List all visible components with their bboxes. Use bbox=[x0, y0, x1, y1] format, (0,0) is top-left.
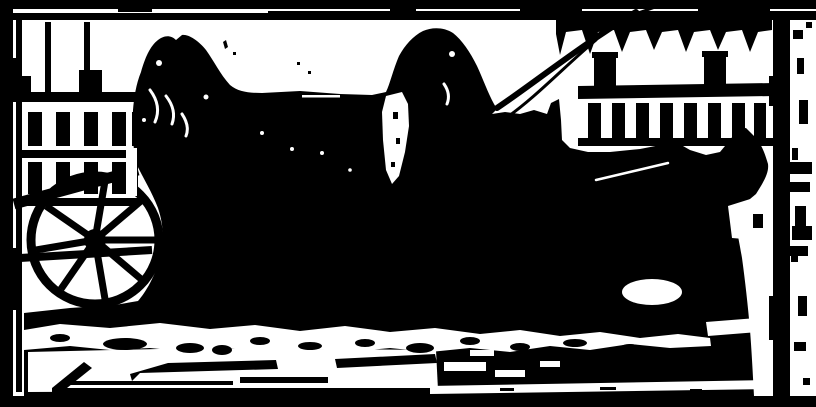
chimney bbox=[594, 56, 616, 86]
sky-speck bbox=[308, 71, 311, 74]
window bbox=[56, 112, 70, 146]
coach-front-highlight bbox=[126, 148, 137, 196]
window bbox=[28, 112, 42, 146]
coachman-face-highlight bbox=[156, 60, 162, 66]
engraving-illustration: A dark closed carriage drawn by a horse … bbox=[0, 0, 816, 407]
roof-highlight bbox=[274, 88, 340, 91]
lamp-post bbox=[84, 22, 90, 74]
wheel-hub bbox=[84, 229, 106, 251]
engraving-canvas: A dark closed carriage drawn by a horse … bbox=[0, 0, 816, 407]
window bbox=[112, 112, 126, 146]
chimney bbox=[704, 55, 726, 85]
footman-face-highlight bbox=[449, 51, 455, 57]
sky-speck bbox=[233, 52, 236, 55]
window bbox=[28, 162, 42, 194]
sky-speck bbox=[297, 62, 300, 65]
window bbox=[84, 112, 98, 146]
gap-between-legs bbox=[622, 279, 682, 305]
